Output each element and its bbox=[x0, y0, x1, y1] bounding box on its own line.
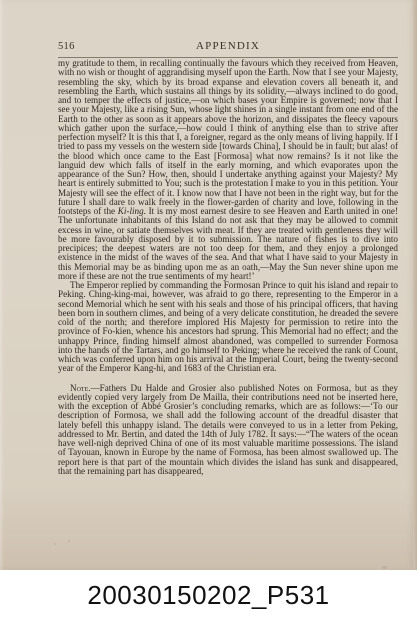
paragraph-text: my gratitude to them, in recalling conti… bbox=[58, 58, 398, 216]
scanned-page: 516 APPENDIX my gratitude to them, in re… bbox=[0, 0, 417, 570]
paper-speck bbox=[55, 543, 56, 545]
paragraph-text: . It is my most earnest desire to see He… bbox=[58, 206, 398, 281]
paper-speck bbox=[68, 540, 70, 542]
running-head: 516 APPENDIX bbox=[58, 40, 398, 54]
running-head-title: APPENDIX bbox=[58, 40, 398, 52]
note-text: —Fathers Du Halde and Grosier also publi… bbox=[58, 383, 398, 476]
image-caption-id: 20030150202_P531 bbox=[0, 580, 417, 611]
body-text: my gratitude to them, in recalling conti… bbox=[58, 59, 398, 476]
paper-speck bbox=[382, 566, 387, 569]
paragraph-emperor-reply: The Emperor replied by commanding the Fo… bbox=[58, 281, 398, 374]
paragraph-memorial-conclusion: my gratitude to them, in recalling conti… bbox=[58, 59, 398, 281]
paragraph-note: Note.—Fathers Du Halde and Grosier also … bbox=[58, 384, 398, 477]
